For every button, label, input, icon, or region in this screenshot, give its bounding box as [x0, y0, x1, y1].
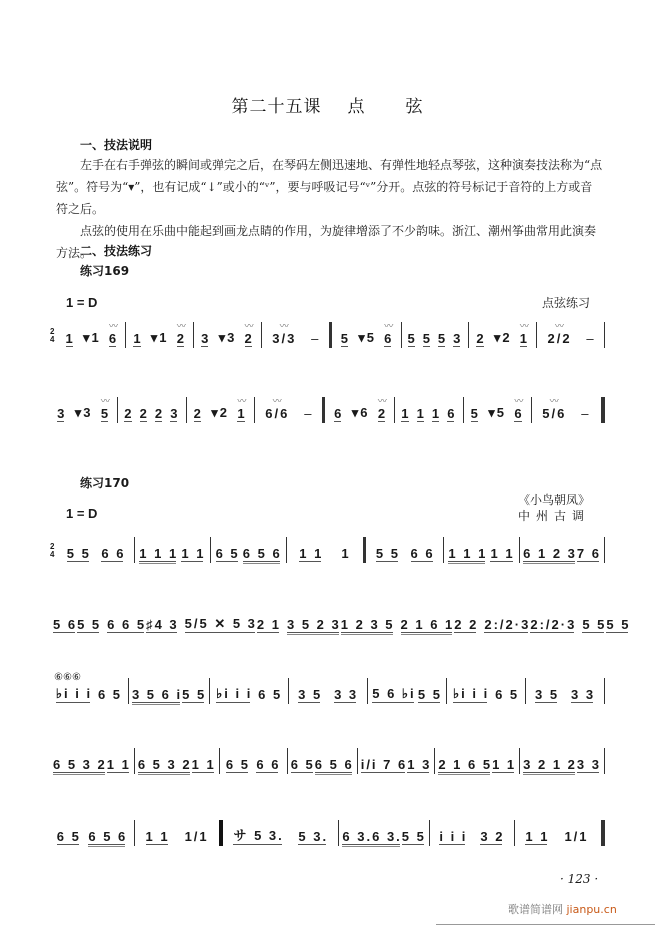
- note-group: 6 5: [57, 829, 81, 850]
- note-group: 6 5: [98, 687, 122, 708]
- measure: 5 65 5: [50, 602, 104, 638]
- note-group: 6 5: [291, 757, 315, 778]
- note-group: 5 5: [67, 546, 91, 567]
- measure: 〰2/2 –: [537, 316, 604, 352]
- note-group: 5 6: [53, 617, 77, 638]
- note: 〰2: [177, 331, 186, 352]
- note: 3: [57, 406, 66, 427]
- measure: ♭i i i6 5: [210, 672, 288, 708]
- note-with-dian-xian: ▾5: [488, 405, 506, 427]
- note-group: i/i 7 6: [361, 757, 408, 778]
- note-with-dian-xian: ▾5: [358, 330, 376, 352]
- note-group: 3 5 2 3: [287, 617, 341, 638]
- title-char-2: 弦: [406, 97, 424, 117]
- note: 5: [341, 331, 350, 352]
- measure: 2 1 6 51 1: [435, 742, 519, 778]
- final-barline: [601, 820, 605, 846]
- barline: [604, 748, 605, 774]
- measure: 5 ▾5 〰6: [464, 391, 531, 427]
- note: 〰5: [101, 406, 110, 427]
- note-group: 5/5 ✕ 5 3: [185, 616, 257, 638]
- measure: 3 2 1 23 3: [520, 742, 604, 778]
- note: 3: [453, 331, 462, 352]
- note: 5: [438, 331, 447, 352]
- note: 〰2: [245, 331, 254, 352]
- note-group: 1 1: [181, 546, 205, 567]
- note-group: 6 5 6: [315, 757, 354, 778]
- exercise-169-line-2: 3 ▾3 〰5 2 2 2 3 2 ▾2 〰1 〰6/6 – 6 ▾6 〰2 1…: [50, 387, 605, 427]
- exercise-169-key: 1 = D: [66, 295, 97, 310]
- measure: 6 56 6: [220, 742, 287, 778]
- measure: 3 5 2 31 2 3 5: [284, 602, 398, 638]
- note-group: 6 1 2 3: [523, 546, 577, 567]
- measure: 3 53 3: [526, 672, 604, 708]
- measure: 1 1 11 1: [135, 531, 210, 567]
- measure: 6 56 5 6: [211, 531, 286, 567]
- note-group: 6 6: [101, 546, 125, 567]
- measure: 1 1 11 1: [444, 531, 519, 567]
- note: 1: [401, 406, 410, 427]
- note: 〰6: [514, 406, 523, 427]
- note-group: 6 5 6: [88, 829, 127, 850]
- exercise-170-line-4: 6 5 3 21 1 6 5 3 21 1 6 56 6 6 56 5 6 i/…: [50, 738, 605, 778]
- measure: 3 ▾3 〰5: [50, 391, 117, 427]
- measure: ♭i i i6 5: [447, 672, 525, 708]
- note-group: 7 6: [577, 546, 601, 567]
- note-group: 1 1: [525, 829, 549, 850]
- note-group: 3 5: [298, 687, 322, 708]
- exercise-169-label: 练习169: [80, 262, 129, 279]
- note-group: 2:/2·3: [484, 617, 530, 638]
- measure: 6 ▾6 〰2: [327, 391, 394, 427]
- note: 5: [423, 331, 432, 352]
- note-group: 2 1 6 5: [438, 757, 492, 778]
- piece-origin: 中州古调: [480, 508, 590, 524]
- chord: 〰5/6: [542, 406, 566, 427]
- measure: 2 ▾2 〰1: [469, 316, 536, 352]
- note: 3: [201, 331, 210, 352]
- note-with-dian-xian: ▾2: [494, 330, 512, 352]
- note-with-dian-xian: ▾3: [75, 405, 93, 427]
- note-group: 2 2: [454, 617, 478, 638]
- measure: 5 56 6: [58, 531, 133, 567]
- note-with-dian-xian: ▾1: [83, 330, 101, 352]
- note-group: 3 3: [571, 687, 595, 708]
- note-group: 1 1: [146, 829, 170, 850]
- note: 2: [124, 406, 133, 427]
- note: 2: [476, 331, 485, 352]
- exercise-169-subtitle: 点弦练习: [480, 295, 590, 311]
- note-group: ♯4 3: [146, 617, 179, 638]
- exercise-170-line-3: ♭i i i6 5 3 5 6 i5 5 ♭i i i6 5 3 53 3 5 …: [50, 668, 605, 708]
- measure: 6 5 3 21 1: [50, 742, 134, 778]
- note-group: 6 6: [411, 546, 435, 567]
- lesson-number: 第二十五课: [232, 97, 322, 117]
- measure: 2:/2·32:/2·3: [481, 602, 579, 638]
- note-group: 6 5 3 2: [53, 757, 107, 778]
- measure: 2 ▾2 〰1: [187, 391, 254, 427]
- measure: 1 ▾1 〰2: [126, 316, 193, 352]
- note-group: 5 5: [402, 829, 426, 850]
- note-group: 5 5: [77, 617, 101, 638]
- note: 1: [133, 331, 142, 352]
- note-group: 6 5: [226, 757, 250, 778]
- note: 〰6: [109, 331, 118, 352]
- note-group: 6 5: [258, 687, 282, 708]
- note-group: 3 3: [577, 757, 601, 778]
- note-group: 6 5 6: [243, 546, 282, 567]
- exercise-170-line-1: 24 5 56 6 1 1 11 1 6 56 5 6 1 11 5 56 6 …: [50, 527, 605, 567]
- note-group: 6 5 3 2: [138, 757, 192, 778]
- exercise-170-label: 练习170: [80, 474, 129, 491]
- measure: 6 56 5 6: [288, 742, 357, 778]
- note: 2: [155, 406, 164, 427]
- measure: 2 1 6 12 2: [398, 602, 482, 638]
- measure: 3 ▾3 〰2: [194, 316, 261, 352]
- measure: 1 11: [287, 531, 362, 567]
- measure: 6 5 3 21 1: [135, 742, 219, 778]
- section1-heading: 一、技法说明: [80, 136, 152, 153]
- note: 〰6: [384, 331, 393, 352]
- note-group: 5 5: [418, 687, 442, 708]
- watermark-url: jianpu.cn: [567, 903, 617, 916]
- note-group: ♭i i i: [453, 686, 489, 708]
- chord: 〰3/3: [272, 331, 296, 352]
- measure: 6 1 2 37 6: [520, 531, 604, 567]
- exercise-170-source: 《小鸟朝凤》 中州古调: [480, 492, 590, 524]
- measure: 6 6 5♯4 3: [104, 602, 182, 638]
- measure: 5 5 5 3: [402, 316, 469, 352]
- note-group: 1 1: [107, 757, 131, 778]
- dash: –: [581, 406, 588, 427]
- chord: 〰6/6: [265, 406, 289, 427]
- measure: 5 ▾5 〰6: [334, 316, 401, 352]
- measure: 3 5 6 i5 5: [129, 672, 209, 708]
- measure: 5/5 ✕ 5 32 1: [182, 602, 284, 638]
- note: 1: [432, 406, 441, 427]
- measure: 5 55 5: [579, 602, 633, 638]
- exercise-169-line-1: 24 1 ▾1 〰6 1 ▾1 〰2 3 ▾3 〰2 〰3/3 – 5 ▾5 〰…: [50, 312, 605, 352]
- note-group: 1 1 1: [139, 546, 178, 567]
- note: 1: [66, 331, 75, 352]
- note-group: 5 6 ♭i: [372, 686, 415, 708]
- chord: 1/1: [185, 829, 209, 850]
- note: 3: [170, 406, 179, 427]
- note-group: 3 5: [535, 687, 559, 708]
- note-with-dian-xian: ▾1: [151, 330, 169, 352]
- barline: [604, 537, 605, 563]
- note-group: 2:/2·3: [530, 617, 576, 638]
- measure: 〰6/6 –: [255, 391, 322, 427]
- note-with-dian-xian: ▾6: [352, 405, 370, 427]
- measure: 1 11/1: [515, 814, 599, 850]
- measure: 〰3/3 –: [262, 316, 329, 352]
- note: 6: [447, 406, 456, 427]
- dash: –: [304, 406, 311, 427]
- note-group: 6 6 5: [107, 617, 146, 638]
- note-group: 1 2 3 5: [341, 617, 395, 638]
- note-group: 1: [341, 546, 350, 567]
- note: 2: [194, 406, 203, 427]
- note: 2: [140, 406, 149, 427]
- note-group: 6 5: [216, 546, 240, 567]
- note-group: 1 1: [490, 546, 514, 567]
- watermark-divider: [436, 924, 655, 925]
- measure: ♭i i i6 5: [50, 672, 128, 708]
- note-group: 6 6: [256, 757, 280, 778]
- measure: 〰5/6 –: [532, 391, 599, 427]
- exercise-170-line-5: 6 56 5 6 1 11/1 サ 5 3.5 3. 6 3.6 3.5 5 i…: [50, 810, 605, 850]
- note-group: 5 5: [606, 617, 630, 638]
- note: 5: [471, 406, 480, 427]
- note-group: サ 5 3.: [233, 825, 283, 850]
- note-group: 2 1: [257, 617, 281, 638]
- note: 〰1: [520, 331, 529, 352]
- time-signature: 24: [50, 328, 54, 344]
- note-group: 5 5: [182, 687, 206, 708]
- section2-heading: 二、技法练习: [80, 242, 152, 259]
- measure: 2 2 2 3: [118, 391, 185, 427]
- measure: 1 ▾1 〰6: [58, 316, 125, 352]
- dash: –: [311, 331, 318, 352]
- measure: i/i 7 61 3: [358, 742, 435, 778]
- note-group: ♭i i i: [216, 686, 252, 708]
- measure: 1 1 1 6: [395, 391, 462, 427]
- barline: [604, 322, 605, 348]
- note-group: 1 1 1: [448, 546, 487, 567]
- title-char-1: 点: [348, 97, 366, 117]
- note-group: 3 2 1 2: [523, 757, 577, 778]
- note-group: 1 3: [407, 757, 431, 778]
- time-signature: 24: [50, 543, 54, 559]
- measure: 5 6 ♭i5 5: [368, 672, 446, 708]
- note-group: 6 5: [495, 687, 519, 708]
- piece-title: 《小鸟朝凤》: [480, 492, 590, 508]
- note: 6: [334, 406, 343, 427]
- note: 1: [417, 406, 426, 427]
- note-group: 3 2: [480, 829, 504, 850]
- note-group: 5 5: [582, 617, 606, 638]
- note-with-dian-xian: ▾3: [219, 330, 237, 352]
- measure: 6 3.6 3.5 5: [339, 814, 428, 850]
- exercise-170-key: 1 = D: [66, 506, 97, 521]
- note: 〰2: [378, 406, 387, 427]
- note-with-dian-xian: ▾2: [211, 405, 229, 427]
- measure: 5 56 6: [368, 531, 443, 567]
- chord: 1/1: [564, 829, 588, 850]
- measure: 3 53 3: [289, 672, 367, 708]
- note-group: ♭i i i: [56, 686, 92, 708]
- note-group: 6 3.6 3.: [342, 829, 401, 850]
- note-group: 5 5: [376, 546, 400, 567]
- dash: –: [586, 331, 593, 352]
- paragraph-1: 左手在右手弹弦的瞬间或弹完之后，在琴码左侧迅速地、有弹性地轻点琴弦，这种演奏技法…: [56, 154, 604, 220]
- barline: [329, 322, 332, 348]
- chord: 〰2/2: [548, 331, 572, 352]
- measure: 6 56 5 6: [50, 814, 134, 850]
- note-group: 1 1: [492, 757, 516, 778]
- barline: [322, 397, 325, 423]
- note-group: 1 1: [192, 757, 216, 778]
- note-group: i i i: [439, 829, 467, 850]
- barline: [363, 537, 366, 563]
- watermark-site: 歌谱简谱网: [508, 903, 563, 916]
- note: 5: [408, 331, 417, 352]
- watermark: 歌谱简谱网 jianpu.cn: [508, 901, 617, 917]
- measure: i i i3 2: [430, 814, 514, 850]
- note-group: 2 1 6 1: [401, 617, 455, 638]
- barline: [604, 678, 605, 704]
- page-number: · 123 ·: [560, 872, 598, 886]
- page-title: 第二十五课点弦: [0, 92, 655, 117]
- note-group: 3 5 6 i: [132, 687, 182, 708]
- note: 〰1: [237, 406, 246, 427]
- measure: サ 5 3.5 3.: [223, 814, 338, 850]
- exercise-170-line-2: 5 65 5 6 6 5♯4 3 5/5 ✕ 5 32 1 3 5 2 31 2…: [50, 598, 605, 638]
- note-group: 5 3.: [298, 829, 328, 850]
- measure: 1 11/1: [135, 814, 219, 850]
- note-group: 3 3: [334, 687, 358, 708]
- note-group: 1 1: [299, 546, 323, 567]
- final-barline: [601, 397, 605, 423]
